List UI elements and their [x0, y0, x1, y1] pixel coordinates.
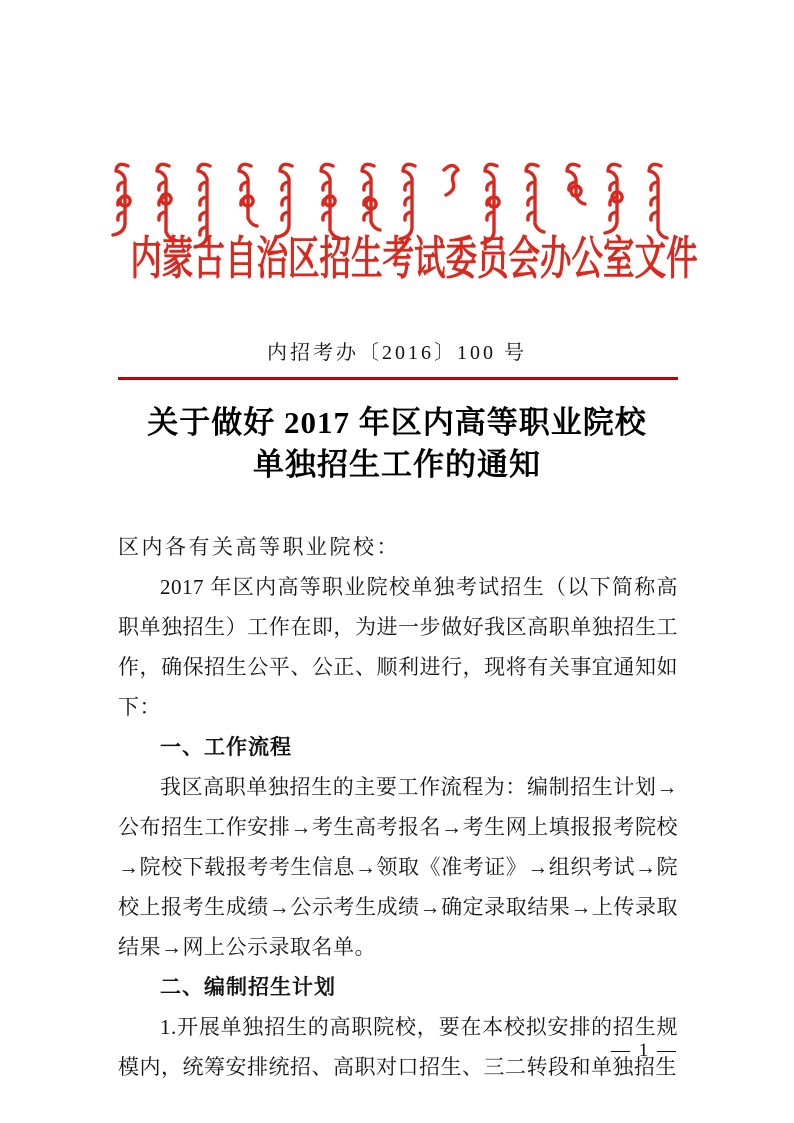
org-title: 内蒙古自治区招生考试委员会办公室文件: [130, 229, 697, 289]
doc-number: 内招考办〔2016〕100 号: [0, 336, 794, 365]
salutation: 区内各有关高等职业院校：: [118, 527, 678, 567]
red-rule-divider: [118, 377, 678, 380]
document-title-line1: 关于做好 2017 年区内高等职业院校: [0, 402, 794, 444]
document-title: 关于做好 2017 年区内高等职业院校 单独招生工作的通知: [0, 402, 794, 486]
document-page: 内蒙古自治区招生考试委员会办公室文件 内招考办〔2016〕100 号 关于做好 …: [0, 0, 794, 1123]
section-heading: 一、工作流程: [118, 727, 678, 767]
document-title-line2: 单独招生工作的通知: [0, 444, 794, 486]
page-number: — 1 —: [118, 1040, 678, 1062]
section-heading: 二、编制招生计划: [118, 967, 678, 1007]
document-body: 区内各有关高等职业院校： 2017 年区内高等职业院校单独考试招生（以下简称高职…: [118, 527, 678, 1087]
letterhead: 内蒙古自治区招生考试委员会办公室文件: [0, 229, 794, 289]
body-paragraph: 2017 年区内高等职业院校单独考试招生（以下简称高职单独招生）工作在即，为进一…: [118, 567, 678, 727]
body-paragraph: 我区高职单独招生的主要工作流程为：编制招生计划→公布招生工作安排→考生高考报名→…: [118, 767, 678, 967]
